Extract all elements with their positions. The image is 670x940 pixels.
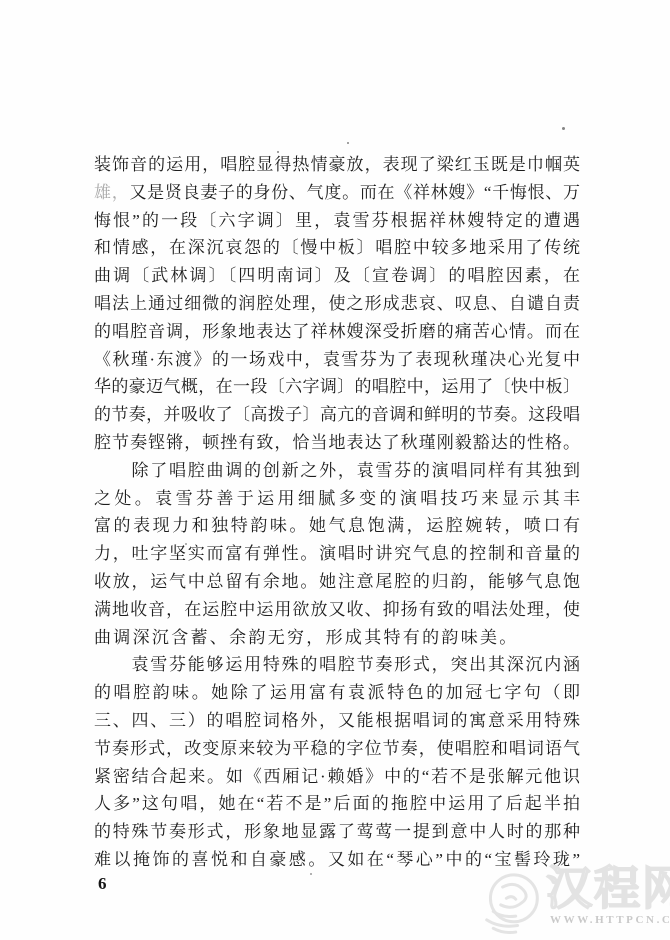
text-line: 《秋瑾·东渡》的一场戏中，袁雪芬为了表现秋瑾决心光复中 <box>94 346 580 374</box>
scan-speck <box>277 151 279 153</box>
watermark-text: 汉程网 WWW.HTTPCN.COM <box>546 866 670 926</box>
text-line: 之处。袁雪芬善于运用细腻多变的演唱技巧来显示其丰 <box>94 485 580 513</box>
text-line: 力，吐字坚实而富有弹性。演唱时讲究气息的控制和音量的 <box>94 540 580 568</box>
text-line: 雄，又是贤良妻子的身份、气度。而在《祥林嫂》“千悔恨、万 <box>94 179 580 207</box>
text-line: 和情感，在深沉哀怨的〔慢中板〕唱腔中较多地采用了传统 <box>94 234 580 262</box>
watermark: 汉程网 WWW.HTTPCN.COM <box>482 866 670 940</box>
text-line: 装饰音的运用，唱腔显得热情豪放，表现了梁红玉既是巾帼英 <box>94 151 580 179</box>
book-page: 装饰音的运用，唱腔显得热情豪放，表现了梁红玉既是巾帼英 雄，又是贤良妻子的身份、… <box>0 0 670 940</box>
page-number: 6 <box>98 874 107 894</box>
scan-speck <box>347 142 349 144</box>
text-line: 节奏形式，改变原来较为平稳的字位节奏，使唱腔和唱词语气 <box>94 735 580 763</box>
text-line: 人多”这句唱，她在“若不是”后面的拖腔中运用了后起半拍 <box>94 790 580 818</box>
text-line: 难以掩饰的喜悦和自豪感。又如在“琴心”中的“宝髻玲珑” <box>94 846 580 874</box>
scan-speck <box>185 543 187 545</box>
text-line: 华的豪迈气概，在一段〔六字调〕的唱腔中，运用了〔快中板〕 <box>94 373 580 401</box>
scan-speck <box>562 127 565 130</box>
text-line: 收放，运气中总留有余地。她注意尾腔的归韵，能够气息饱 <box>94 568 580 596</box>
text-line: 唱法上通过细微的润腔处理，使之形成悲哀、叹息、自谴自责 <box>94 290 580 318</box>
site-url: WWW.HTTPCN.COM <box>550 914 670 926</box>
text-line: 三、四、三）的唱腔词格外，又能根据唱词的寓意采用特殊 <box>94 707 580 735</box>
text-line: 除了唱腔曲调的创新之外，袁雪芬的演唱同样有其独到 <box>94 457 580 485</box>
text-line: 的唱腔韵味。她除了运用富有袁派特色的加冠七字句（即 <box>94 679 580 707</box>
scan-speck <box>310 873 312 875</box>
text-line: 满地收音，在运腔中运用欲放又收、抑扬有致的唱法处理，使 <box>94 596 580 624</box>
text-line: 富的表现力和独特韵味。她气息饱满，运腔婉转，喷口有 <box>94 512 580 540</box>
text-line: 的节奏，并吸收了〔高拨子〕高亢的音调和鲜明的节奏。这段唱 <box>94 401 580 429</box>
text-line: 袁雪芬能够运用特殊的唱腔节奏形式，突出其深沉内涵 <box>94 651 580 679</box>
hancheng-logo-icon <box>482 870 542 940</box>
text-line: 悔恨”的一段〔六字调〕里，袁雪芬根据祥林嫂特定的遭遇 <box>94 207 580 235</box>
text-line: 的特殊节奏形式，形象地显露了莺莺一提到意中人时的那种 <box>94 818 580 846</box>
text-line: 腔节奏铿锵，顿挫有致，恰当地表达了秋瑾刚毅豁达的性格。 <box>94 429 580 457</box>
text-line: 曲调〔武林调〕〔四明南词〕及〔宣卷调〕的唱腔因素，在 <box>94 262 580 290</box>
text-line: 曲调深沉含蓄、余韵无穷，形成其特有的韵味美。 <box>94 624 580 652</box>
text-line: 的唱腔音调，形象地表达了祥林嫂深受折磨的痛苦心情。而在 <box>94 318 580 346</box>
text-line: 紧密结合起来。如《西厢记·赖婚》中的“若不是张解元他识 <box>94 763 580 791</box>
page-text: 装饰音的运用，唱腔显得热情豪放，表现了梁红玉既是巾帼英 雄，又是贤良妻子的身份、… <box>94 151 580 874</box>
